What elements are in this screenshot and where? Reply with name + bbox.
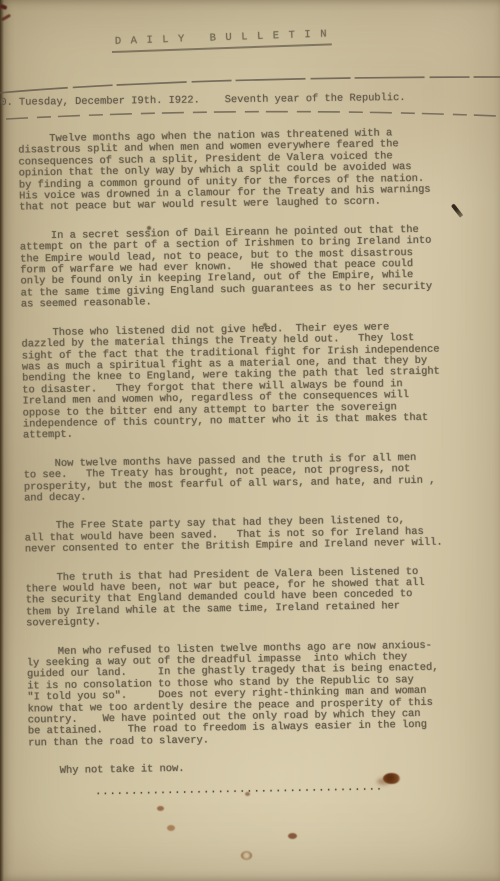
paragraph-6: The truth is that had President de Valer…	[25, 565, 494, 630]
corner-ink-mark	[0, 4, 7, 10]
paragraph-7: Men who refused to listen twelve months …	[27, 639, 497, 749]
masthead-title: D A I L Y B U L L E T I N	[111, 28, 331, 53]
stain-spot	[157, 806, 164, 811]
document-body: Twelve months ago when the nation was th…	[18, 127, 497, 799]
paragraph-2: In a secret session of Dail Eireann he p…	[20, 224, 489, 312]
page-left-edge-shadow	[0, 0, 4, 881]
corner-ink-mark	[1, 14, 11, 22]
document-page: D A I L Y B U L L E T I N 60. Tuesday, D…	[0, 0, 500, 881]
dateline: 60. Tuesday, December I9th. I922. Sevent…	[0, 92, 406, 109]
paragraph-1: Twelve months ago when the nation was th…	[18, 127, 487, 215]
stain-spot	[241, 851, 252, 860]
paragraph-4: Now twelve months have passed and the tr…	[23, 451, 492, 504]
stain-spot	[167, 825, 175, 831]
closing-line: Why not take it now.	[28, 759, 496, 778]
paragraph-3: Those who listened did not give heed. Th…	[21, 320, 491, 442]
stain-spot	[288, 833, 297, 839]
paragraph-5: The Free State party say that had they b…	[24, 514, 493, 556]
dots-separator: ........................................	[95, 779, 497, 798]
